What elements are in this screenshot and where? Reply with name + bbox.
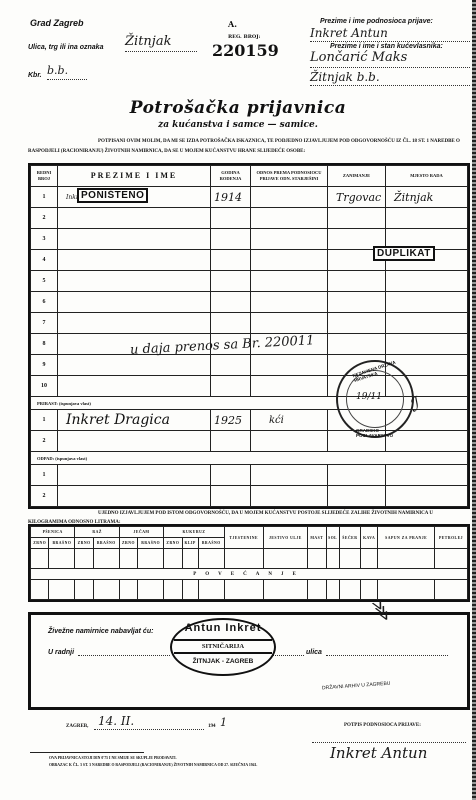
round-stamp-bottom-text: GRADSKO POGLAVARSTVO — [356, 428, 412, 438]
stock-cell[interactable] — [182, 580, 198, 600]
year-prefix: 194 — [208, 724, 216, 729]
sub-grain: ZRNO — [119, 538, 137, 549]
round-stamp-date: 19/11 — [356, 392, 382, 402]
occupation-cell[interactable] — [328, 334, 386, 355]
relation-cell[interactable] — [251, 486, 328, 507]
relation-cell[interactable] — [251, 292, 328, 313]
birth-year-cell[interactable] — [211, 292, 251, 313]
occupation-cell[interactable] — [328, 465, 386, 486]
workplace-cell[interactable] — [386, 465, 468, 486]
table-row: 6 — [31, 292, 468, 313]
signature-value: Inkret Antun — [330, 744, 427, 762]
tenant-address-field[interactable]: Žitnjak b.b. — [310, 70, 470, 86]
stock-cell[interactable] — [361, 549, 378, 569]
birth-year-cell[interactable] — [211, 208, 251, 229]
sub-grain: ZRNO — [31, 538, 49, 549]
relation-cell[interactable] — [251, 355, 328, 376]
stock-cell[interactable] — [119, 549, 137, 569]
stock-cell[interactable] — [198, 580, 224, 600]
workplace-cell[interactable] — [386, 292, 468, 313]
shop-stamp-type: SITNIČARIJA — [174, 639, 272, 654]
row-number: 7 — [31, 313, 58, 334]
stock-table: PŠENICA RAŽ JEČAM KUKURUZ TJESTENINE JES… — [28, 524, 470, 602]
stock-cell[interactable] — [119, 580, 137, 600]
shop-field[interactable] — [78, 655, 170, 656]
name-cell[interactable] — [58, 250, 211, 271]
col-sugar: ŠEĆER — [339, 527, 360, 549]
stock-cell[interactable] — [361, 580, 378, 600]
footnote-rule — [30, 752, 144, 753]
intro-statement: POTPISANI OVIM MOLIM, DA MI SE IZDA POTR… — [28, 137, 470, 157]
row-number: 9 — [31, 355, 58, 376]
signature-line[interactable] — [312, 742, 466, 743]
stock-cell[interactable] — [75, 580, 93, 600]
col-workplace: MJESTO RADA — [386, 166, 468, 187]
shop-label: U radnji — [48, 649, 74, 656]
stock-cell[interactable] — [224, 549, 263, 569]
duplicate-stamp: DUPLIKAT — [373, 246, 435, 261]
occupation-cell[interactable] — [328, 292, 386, 313]
row-number: 1 — [31, 465, 58, 486]
name-cell[interactable] — [58, 355, 211, 376]
legal-note: OBRAZAC K ČL. 3 ST. 3 NAREDBE O RASPODJE… — [49, 763, 257, 767]
col-soap: SAPUN ZA PRANJE — [378, 527, 435, 549]
stock-cell[interactable] — [434, 549, 467, 569]
col-pasta: TJESTENINE — [224, 527, 263, 549]
name-cell[interactable] — [58, 292, 211, 313]
increase-header-row: POVEĆANJE — [31, 569, 468, 580]
birth-year-cell[interactable]: 1914 — [211, 187, 251, 208]
house-number-field[interactable]: b.b. — [47, 64, 87, 80]
col-relation: ODNOS PREMA PODNOSIOCU PRIJAVE ODN. STAR… — [251, 166, 328, 187]
stock-group-header-row: PŠENICA RAŽ JEČAM KUKURUZ TJESTENINE JES… — [31, 527, 468, 538]
sub-grain: ZRNO — [75, 538, 93, 549]
table-row: 2 — [31, 486, 468, 507]
row-number: 3 — [31, 229, 58, 250]
birth-year-cell[interactable] — [211, 376, 251, 397]
row-number: 8 — [31, 334, 58, 355]
table-row: 2 — [31, 208, 468, 229]
name-cell[interactable] — [58, 376, 211, 397]
stock-cell[interactable] — [378, 580, 435, 600]
relation-cell[interactable] — [251, 465, 328, 486]
stock-cell[interactable] — [326, 580, 339, 600]
occupation-cell[interactable] — [328, 208, 386, 229]
supply-street-label: ulica — [306, 649, 322, 656]
workplace-cell[interactable] — [386, 271, 468, 292]
applicant-field[interactable]: Inkret Antun — [310, 26, 470, 42]
sub-grain: ZRNO — [164, 538, 182, 549]
reg-label: REG. BROJ: — [228, 34, 260, 40]
name-cell[interactable] — [58, 465, 211, 486]
relation-cell[interactable] — [251, 376, 328, 397]
sub-flour: BRAŠNO — [93, 538, 119, 549]
sub-flour: BRAŠNO — [49, 538, 75, 549]
group-wheat: PŠENICA — [31, 527, 75, 538]
col-oil: JESTIVO ULJE — [263, 527, 307, 549]
stock-cell[interactable] — [164, 580, 182, 600]
birth-year-cell[interactable] — [211, 271, 251, 292]
increase-values-row — [31, 580, 468, 600]
birth-year-cell[interactable] — [211, 431, 251, 452]
stock-values-row — [31, 549, 468, 569]
tenant-field[interactable]: Lončarić Maks — [310, 50, 470, 68]
row-number: 2 — [31, 431, 58, 452]
house-number-label: Kbr. — [28, 72, 42, 79]
stock-cell[interactable] — [31, 580, 49, 600]
workplace-cell[interactable] — [386, 334, 468, 355]
relation-cell[interactable] — [251, 431, 328, 452]
row-number: 1 — [31, 187, 58, 208]
birth-year-cell[interactable] — [211, 465, 251, 486]
signature-label: POTPIS PODNOSIOCA PRIJAVE: — [344, 723, 421, 728]
stock-cell[interactable] — [93, 549, 119, 569]
stock-cell[interactable] — [308, 549, 326, 569]
supply-street-field[interactable] — [326, 655, 448, 656]
street-label: Ulica, trg ili ina oznaka — [28, 44, 103, 51]
relation-cell[interactable] — [251, 229, 328, 250]
group-rye: RAŽ — [75, 527, 119, 538]
name-cell[interactable] — [58, 271, 211, 292]
supply-label: Živežne namirnice nabavljat ću: — [48, 628, 153, 635]
tenant-label: Prezime i ime i stan kućevlasnika: — [330, 43, 443, 50]
shop-field-continued[interactable] — [272, 655, 304, 656]
stock-cell[interactable] — [326, 549, 339, 569]
stock-cell[interactable] — [378, 549, 435, 569]
sub-cob: KLIP — [182, 538, 198, 549]
occupation-cell[interactable]: Trgovac — [328, 187, 386, 208]
relation-cell[interactable] — [251, 313, 328, 334]
row-number: 2 — [31, 486, 58, 507]
col-birth-year: GODINA RODENJA — [211, 166, 251, 187]
name-cell[interactable] — [58, 486, 211, 507]
birth-year-cell[interactable] — [211, 250, 251, 271]
stock-cell[interactable] — [434, 580, 467, 600]
stock-cell[interactable] — [93, 580, 119, 600]
increase-label: POVEĆANJE — [31, 569, 468, 580]
workplace-cell[interactable] — [386, 208, 468, 229]
table-row: 7 — [31, 313, 468, 334]
stock-cell[interactable] — [49, 580, 75, 600]
stock-cell[interactable] — [138, 549, 164, 569]
occupation-cell[interactable] — [328, 486, 386, 507]
col-occupation: ZANIMANJE — [328, 166, 386, 187]
shop-stamp-location: ŽITNJAK - ZAGREB — [170, 658, 276, 665]
row-number: 5 — [31, 271, 58, 292]
shop-stamp-name: Antun Inkret — [170, 622, 276, 634]
birth-year-cell[interactable]: 1925 — [211, 410, 251, 431]
row-number: 2 — [31, 208, 58, 229]
row-number: 10 — [31, 376, 58, 397]
row-number: 4 — [31, 250, 58, 271]
household-header-row: REDNI BROJ PREZIME I IME GODINA RODENJA … — [31, 166, 468, 187]
place-label: ZAGREB, — [66, 724, 88, 729]
official-round-stamp: NEZAVISNA DRŽAVA HRVATSKA 19/11 GRADSKO … — [336, 360, 414, 438]
stock-cell[interactable] — [198, 549, 224, 569]
col-kerosene: PETROLEJ — [434, 527, 467, 549]
birth-year-cell[interactable] — [211, 486, 251, 507]
name-cell[interactable] — [58, 313, 211, 334]
sub-flour: BRAŠNO — [138, 538, 164, 549]
relation-cell[interactable] — [251, 208, 328, 229]
table-row: 1 — [31, 465, 468, 486]
price-note: OVA PRIJAVNICA STOJI DIN 0'75 I NE SMIJE… — [49, 756, 177, 760]
workplace-cell[interactable] — [386, 486, 468, 507]
name-cell[interactable] — [58, 229, 211, 250]
table-row: 5 — [31, 271, 468, 292]
decrease-section-row: ODPAD: (ispunjava vlast) — [31, 452, 468, 465]
sub-flour: BRAŠNO — [198, 538, 224, 549]
shop-stamp: Antun Inkret SITNIČARIJA ŽITNJAK - ZAGRE… — [170, 618, 276, 676]
birth-year-cell[interactable] — [211, 229, 251, 250]
stock-cell[interactable] — [224, 580, 263, 600]
birth-year-cell[interactable] — [211, 313, 251, 334]
relation-cell[interactable]: kći — [251, 410, 328, 431]
city-heading: Grad Zagreb — [30, 18, 84, 28]
relation-cell[interactable] — [251, 187, 328, 208]
name-cell[interactable] — [58, 431, 211, 452]
stock-cell[interactable] — [75, 549, 93, 569]
col-coffee: KAVA — [361, 527, 378, 549]
canceled-stamp: PONIŠTENO — [77, 188, 148, 203]
birth-year-cell[interactable] — [211, 355, 251, 376]
stock-cell[interactable] — [164, 549, 182, 569]
group-barley: JEČAM — [119, 527, 163, 538]
year-value[interactable]: 1 — [220, 716, 227, 729]
name-cell[interactable] — [58, 208, 211, 229]
col-number: REDNI BROJ — [31, 166, 58, 187]
stock-cell[interactable] — [339, 549, 360, 569]
group-corn: KUKURUZ — [164, 527, 225, 538]
stock-cell[interactable] — [49, 549, 75, 569]
stock-cell[interactable] — [182, 549, 198, 569]
col-name: PREZIME I IME — [58, 166, 211, 187]
stock-cell[interactable] — [138, 580, 164, 600]
date-value: 14. II. — [98, 714, 134, 728]
workplace-cell[interactable]: Žitnjak — [386, 187, 468, 208]
relation-cell[interactable] — [251, 271, 328, 292]
occupation-cell[interactable] — [328, 271, 386, 292]
relation-cell[interactable] — [251, 250, 328, 271]
document-subtitle: za kućanstva i samce — samice. — [0, 120, 476, 130]
street-field[interactable]: Žitnjak — [125, 34, 197, 52]
document-title: Potrošačka prijavnica — [0, 98, 476, 118]
col-salt: SOL — [326, 527, 339, 549]
row-number: 1 — [31, 410, 58, 431]
reg-number: 220159 — [212, 41, 279, 60]
occupation-cell[interactable] — [328, 313, 386, 334]
workplace-cell[interactable] — [386, 313, 468, 334]
col-lard: MAST — [308, 527, 326, 549]
stock-cell[interactable] — [31, 549, 49, 569]
stock-cell[interactable] — [339, 580, 360, 600]
name-cell[interactable]: Inkret Dragica — [58, 410, 211, 431]
stock-cell[interactable] — [308, 580, 326, 600]
stock-cell[interactable] — [263, 549, 307, 569]
applicant-label: Prezime i ime podnosioca prijave: — [320, 18, 433, 25]
stock-cell[interactable] — [263, 580, 307, 600]
form-letter: A. — [228, 19, 237, 29]
decrease-label: ODPAD: (ispunjava vlast) — [31, 452, 468, 465]
row-number: 6 — [31, 292, 58, 313]
